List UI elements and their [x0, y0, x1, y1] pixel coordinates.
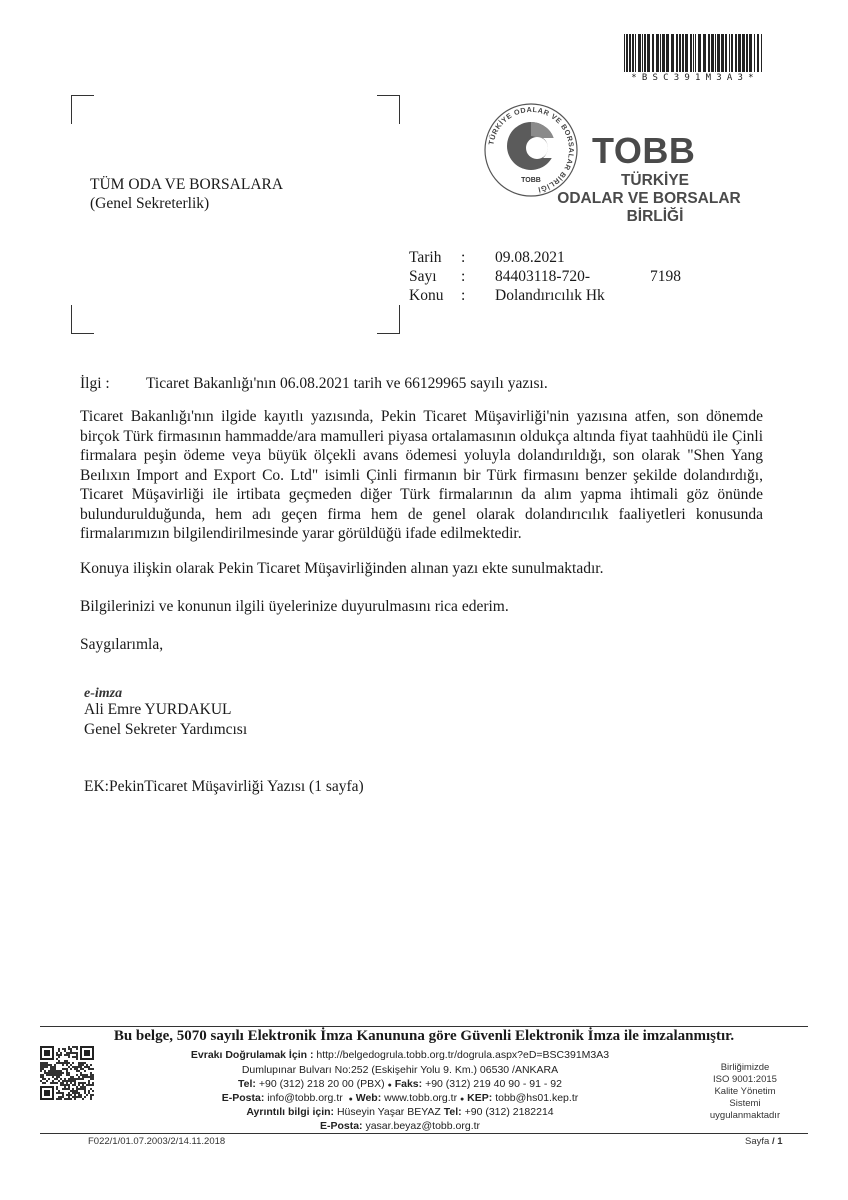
attachment-line: EK:PekinTicaret Müşavirliği Yazısı (1 sa…: [84, 778, 364, 796]
document-meta: Tarih : 09.08.2021 Sayı : 84403118-720- …: [409, 248, 605, 305]
footer-verify-line: Evrakı Doğrulamak İçin : http://belgedog…: [110, 1048, 690, 1062]
meta-number-value: 84403118-720-: [495, 267, 590, 286]
page-value: / 1: [772, 1136, 783, 1147]
qr-code-icon: [40, 1046, 94, 1100]
logo-line3: BİRLİĞİ: [580, 208, 730, 225]
meta-number-label: Sayı: [409, 267, 457, 286]
body-paragraph-main: Ticaret Bakanlığı'nın ilgide kayıtlı yaz…: [80, 407, 763, 544]
signer-title: Genel Sekreter Yardımcısı: [84, 720, 247, 739]
meta-separator: :: [457, 267, 495, 286]
barcode: [624, 34, 766, 72]
web-value[interactable]: www.tobb.org.tr: [384, 1092, 457, 1104]
document-number-suffix: 7198: [650, 268, 681, 286]
address-window-corner-top-right: [377, 95, 400, 124]
verify-url[interactable]: http://belgedogrula.tobb.org.tr/dogrula.…: [316, 1049, 609, 1061]
logo-abbreviation: TOBB: [592, 131, 695, 171]
footer-esign-notice: Bu belge, 5070 sayılı Elektronik İmza Ka…: [40, 1028, 808, 1045]
bullet-icon: ●: [460, 1096, 464, 1103]
address-window-corner-bottom-left: [71, 305, 94, 334]
meta-date-value: 09.08.2021: [495, 248, 565, 267]
reference-label: İlgi :: [80, 374, 146, 393]
tel-value: +90 (312) 218 20 00 (PBX): [259, 1078, 385, 1090]
kep-label: KEP:: [467, 1092, 492, 1104]
verify-label: Evrakı Doğrulamak İçin :: [191, 1049, 314, 1061]
bullet-icon: ●: [388, 1082, 392, 1089]
meta-subject-label: Konu: [409, 286, 457, 305]
closing-salutation: Saygılarımla,: [80, 636, 163, 654]
recipient-block: TÜM ODA VE BORSALARA (Genel Sekreterlik): [90, 175, 283, 213]
body-paragraph-request: Bilgilerinizi ve konunun ilgili üyelerin…: [80, 598, 509, 616]
meta-date-row: Tarih : 09.08.2021: [409, 248, 605, 267]
contact-email-label: E-Posta:: [320, 1120, 363, 1132]
recipient-line2: (Genel Sekreterlik): [90, 194, 283, 213]
barcode-bars: [624, 34, 766, 72]
iso-line: ISO 9001:2015: [690, 1074, 800, 1086]
footer-divider-top: [40, 1026, 808, 1027]
contact-email-value[interactable]: yasar.beyaz@tobb.org.tr: [365, 1120, 480, 1132]
contact-label: Ayrıntılı bilgi için:: [246, 1106, 334, 1118]
iso-line: uygulanmaktadır: [690, 1110, 800, 1122]
meta-separator: :: [457, 248, 495, 267]
footer-detail-contact-line: Ayrıntılı bilgi için: Hüseyin Yaşar BEYA…: [110, 1105, 690, 1119]
barcode-text: *BSC391M3A3*: [624, 73, 766, 83]
footer-address: Dumlupınar Bulvarı No:252 (Eskişehir Yol…: [110, 1063, 690, 1077]
signer-name: Ali Emre YURDAKUL: [84, 700, 232, 719]
email-label: E-Posta:: [222, 1092, 265, 1104]
iso-line: Birliğimizde: [690, 1062, 800, 1074]
contact-tel-value: +90 (312) 2182214: [465, 1106, 554, 1118]
meta-number-row: Sayı : 84403118-720-: [409, 267, 605, 286]
web-label: Web:: [356, 1092, 381, 1104]
fax-value: +90 (312) 219 40 90 - 91 - 92: [425, 1078, 562, 1090]
fax-label: Faks:: [395, 1078, 422, 1090]
address-window-corner-bottom-right: [377, 305, 400, 334]
bullet-icon: ●: [349, 1096, 353, 1103]
meta-date-label: Tarih: [409, 248, 457, 267]
contact-name: Hüseyin Yaşar BEYAZ: [337, 1106, 441, 1118]
address-window-corner-top-left: [71, 95, 94, 124]
recipient-line1: TÜM ODA VE BORSALARA: [90, 175, 283, 194]
form-code: F022/1/01.07.2003/2/14.11.2018: [88, 1136, 225, 1147]
meta-subject-row: Konu : Dolandırıcılık Hk: [409, 286, 605, 305]
kep-value[interactable]: tobb@hs01.kep.tr: [495, 1092, 578, 1104]
svg-text:TOBB: TOBB: [521, 177, 541, 184]
reference-text: Ticaret Bakanlığı'nın 06.08.2021 tarih v…: [146, 374, 548, 393]
iso-line: Kalite Yönetim: [690, 1086, 800, 1098]
meta-separator: :: [457, 286, 495, 305]
logo-line2: ODALAR VE BORSALAR: [556, 190, 742, 207]
page-label: Sayfa: [745, 1136, 769, 1147]
tobb-emblem-icon: TÜRKİYE ODALAR VE BORSALAR BİRLİĞİ TOBB: [483, 102, 579, 198]
iso-line: Sistemi: [690, 1098, 800, 1110]
page-indicator: Sayfa / 1: [745, 1136, 783, 1147]
meta-subject-value: Dolandırıcılık Hk: [495, 286, 605, 305]
email-value[interactable]: info@tobb.org.tr: [267, 1092, 342, 1104]
logo-line1: TÜRKİYE: [580, 172, 730, 189]
iso-certification-note: Birliğimizde ISO 9001:2015 Kalite Yöneti…: [690, 1062, 800, 1122]
tel-label: Tel:: [238, 1078, 256, 1090]
contact-tel-label: Tel:: [444, 1106, 462, 1118]
reference-line: İlgi : Ticaret Bakanlığı'nın 06.08.2021 …: [80, 374, 548, 393]
body-paragraph-attachment-note: Konuya ilişkin olarak Pekin Ticaret Müşa…: [80, 560, 603, 578]
footer-contact-email-line: E-Posta: yasar.beyaz@tobb.org.tr: [110, 1119, 690, 1133]
footer-divider-bottom: [40, 1133, 808, 1134]
